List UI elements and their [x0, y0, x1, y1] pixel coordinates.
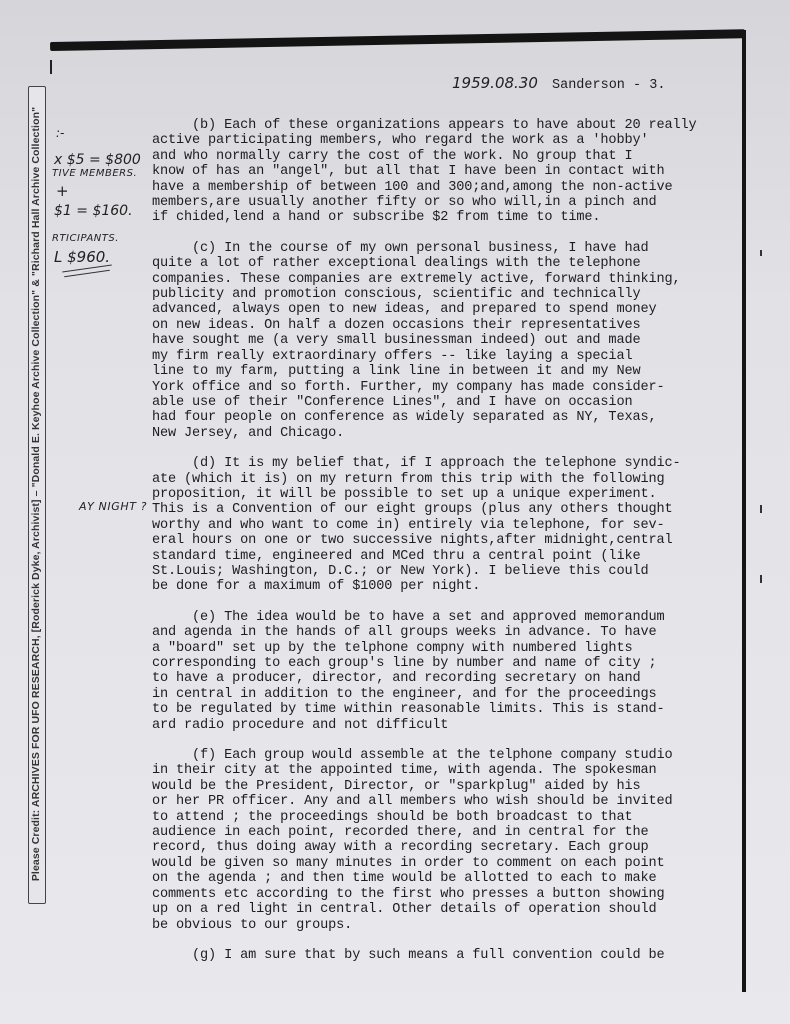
- text-line: active participating members, who regard…: [152, 133, 752, 148]
- text-line: advanced, always open to new ideas, and …: [152, 302, 752, 317]
- text-line: comments etc according to the first who …: [152, 887, 752, 902]
- text-line: (e) The idea would be to have a set and …: [152, 610, 752, 625]
- text-line: proposition, it will be possible to set …: [152, 487, 752, 502]
- margin-note: :-: [56, 126, 64, 140]
- text-line: line to my farm, putting a link line in …: [152, 364, 752, 379]
- paragraph-d: (d) It is my belief that, if I approach …: [152, 456, 752, 595]
- top-border-rule: [50, 29, 745, 51]
- margin-note: $1 = $160.: [54, 203, 133, 219]
- text-line: (f) Each group would assemble at the tel…: [152, 748, 752, 763]
- text-line: ard radio procedure and not difficult: [152, 718, 752, 733]
- text-line: publicity and promotion conscious, scien…: [152, 287, 752, 302]
- paragraph-g: (g) I am sure that by such means a full …: [152, 948, 752, 963]
- margin-mark: [760, 505, 762, 513]
- text-line: would be the President, Director, or "sp…: [152, 779, 752, 794]
- text-line: St.Louis; Washington, D.C.; or New York)…: [152, 564, 752, 579]
- text-line: record, thus doing away with a recording…: [152, 840, 752, 855]
- margin-note: x $5 = $800: [54, 152, 141, 168]
- page-header: 1959.08.30 Sanderson - 3.: [452, 74, 665, 93]
- text-line: (g) I am sure that by such means a full …: [152, 948, 752, 963]
- text-line: have a membership of between 100 and 300…: [152, 180, 752, 195]
- text-line: my firm really extraordinary offers -- l…: [152, 349, 752, 364]
- text-line: (d) It is my belief that, if I approach …: [152, 456, 752, 471]
- text-line: eral hours on one or two successive nigh…: [152, 533, 752, 548]
- text-line: in their city at the appointed time, wit…: [152, 763, 752, 778]
- text-line: had four people on conference as widely …: [152, 410, 752, 425]
- page-label: Sanderson - 3.: [552, 78, 665, 93]
- text-line: if chided,lend a hand or subscribe $2 fr…: [152, 210, 752, 225]
- text-line: audience in each point, recorded there, …: [152, 825, 752, 840]
- text-line: and who normally carry the cost of the w…: [152, 149, 752, 164]
- margin-note: L $960.: [54, 248, 110, 266]
- text-line: (c) In the course of my own personal bus…: [152, 241, 752, 256]
- text-line: have sought me (a very small businessman…: [152, 333, 752, 348]
- text-line: quite a lot of rather exceptional dealin…: [152, 256, 752, 271]
- text-line: to be regulated by time within reasonabl…: [152, 702, 752, 717]
- text-line: or her PR officer. Any and all members w…: [152, 794, 752, 809]
- margin-note: RTICIPANTS.: [52, 233, 119, 244]
- letter-body: (b) Each of these organizations appears …: [152, 118, 752, 978]
- text-line: to have a producer, director, and record…: [152, 671, 752, 686]
- text-line: be done for a maximum of $1000 per night…: [152, 579, 752, 594]
- paragraph-e: (e) The idea would be to have a set and …: [152, 610, 752, 733]
- paragraph-b: (b) Each of these organizations appears …: [152, 118, 752, 226]
- document-page: Please Credit: ARCHIVES FOR UFO RESEARCH…: [0, 0, 790, 1024]
- text-line: a "board" set up by the telphone compny …: [152, 641, 752, 656]
- text-line: and agenda in the hands of all groups we…: [152, 625, 752, 640]
- text-line: members,are usually another fifty or so …: [152, 195, 752, 210]
- text-line: New Jersey, and Chicago.: [152, 426, 752, 441]
- text-line: would be given so many minutes in order …: [152, 856, 752, 871]
- text-line: corresponding to each group's line by nu…: [152, 656, 752, 671]
- text-line: on the agenda ; and then time would be a…: [152, 871, 752, 886]
- margin-note: TIVE MEMBERS.: [52, 168, 137, 179]
- text-line: know of has an "angel", but all that I h…: [152, 164, 752, 179]
- margin-note: +: [56, 182, 69, 200]
- text-line: able use of their "Conference Lines", an…: [152, 395, 752, 410]
- margin-mark: [760, 250, 762, 256]
- margin-note: AY NIGHT ?: [79, 500, 147, 513]
- text-line: ate (which it is) on my return from this…: [152, 472, 752, 487]
- text-line: companies. These companies are extremely…: [152, 272, 752, 287]
- text-line: on new ideas. On half a dozen occasions …: [152, 318, 752, 333]
- text-line: in central in addition to the engineer, …: [152, 687, 752, 702]
- text-line: York office and so forth. Further, my co…: [152, 380, 752, 395]
- text-line: worthy and who want to come in) entirely…: [152, 518, 752, 533]
- text-line: to attend ; the proceedings should be bo…: [152, 810, 752, 825]
- text-line: up on a red light in central. Other deta…: [152, 902, 752, 917]
- text-line: standard time, engineered and MCed thru …: [152, 549, 752, 564]
- margin-mark: [760, 575, 762, 583]
- text-line: (b) Each of these organizations appears …: [152, 118, 752, 133]
- paragraph-f: (f) Each group would assemble at the tel…: [152, 748, 752, 933]
- text-line: be obvious to our groups.: [152, 918, 752, 933]
- handwritten-date: 1959.08.30: [452, 74, 538, 92]
- left-border-tick: [50, 60, 52, 74]
- archive-credit-text: Please Credit: ARCHIVES FOR UFO RESEARCH…: [28, 86, 44, 902]
- text-line: This is a Convention of our eight groups…: [152, 502, 752, 517]
- paragraph-c: (c) In the course of my own personal bus…: [152, 241, 752, 441]
